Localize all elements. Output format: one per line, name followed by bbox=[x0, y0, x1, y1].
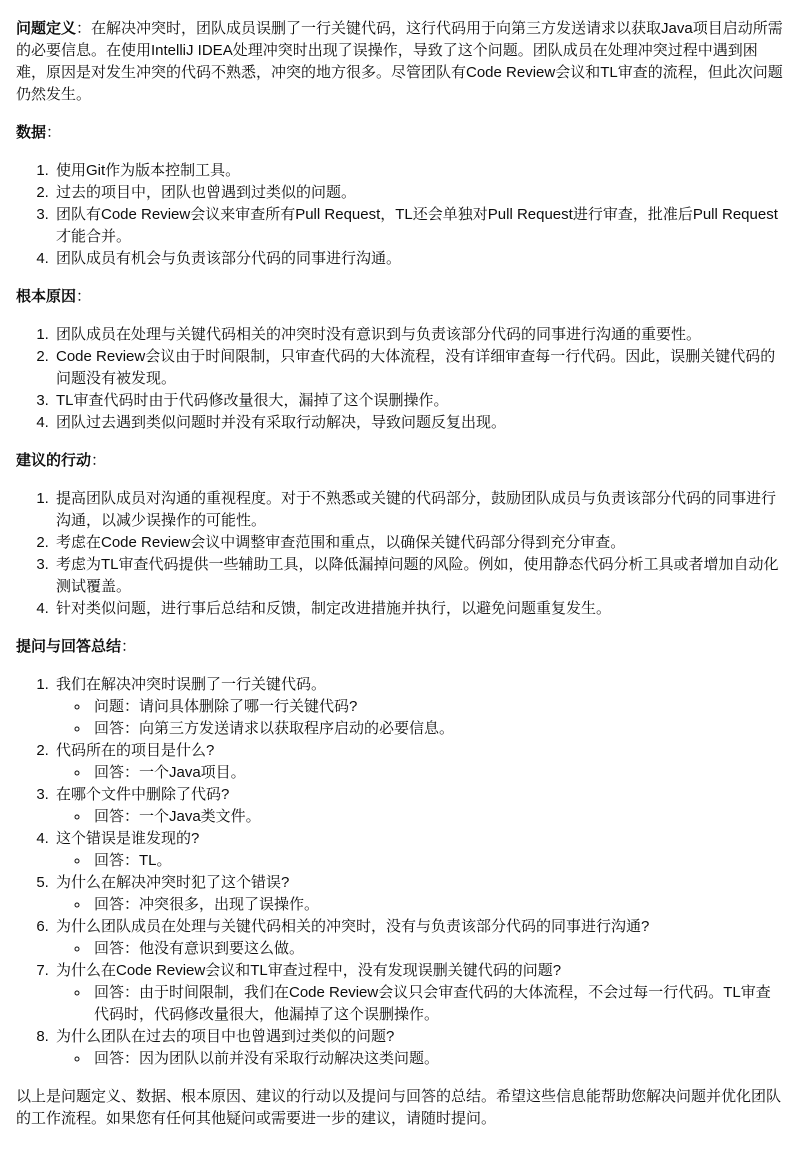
qa-sub-list: 回答：由于时间限制，我们在Code Review会议只会审查代码的大体流程，不会… bbox=[56, 982, 784, 1026]
section-heading-suggested-actions: 建议的行动： bbox=[16, 450, 784, 472]
qa-sub-item: 回答：一个Java项目。 bbox=[90, 762, 784, 784]
section-heading-data-label: 数据 bbox=[16, 124, 46, 141]
section-heading-data: 数据： bbox=[16, 122, 784, 144]
closing-paragraph: 以上是问题定义、数据、根本原因、建议的行动以及提问与回答的总结。希望这些信息能帮… bbox=[16, 1086, 784, 1130]
qa-item-text: 为什么团队成员在处理与关键代码相关的冲突时，没有与负责该部分代码的同事进行沟通? bbox=[56, 918, 649, 935]
section-heading-root-causes-label: 根本原因 bbox=[16, 288, 76, 305]
section-heading-data-colon: ： bbox=[46, 124, 61, 141]
section-heading-qa-summary: 提问与回答总结： bbox=[16, 636, 784, 658]
list-item: TL审查代码时由于代码修改量很大，漏掉了这个误删操作。 bbox=[53, 390, 784, 412]
list-item: 提高团队成员对沟通的重视程度。对于不熟悉或关键的代码部分，鼓励团队成员与负责该部… bbox=[53, 488, 784, 532]
qa-sub-list: 问题：请问具体删除了哪一行关键代码?回答：向第三方发送请求以获取程序启动的必要信… bbox=[56, 696, 784, 740]
section-heading-qa-summary-colon: ： bbox=[121, 638, 136, 655]
list-item: 团队有Code Review会议来审查所有Pull Request，TL还会单独… bbox=[53, 204, 784, 248]
section-heading-suggested-actions-label: 建议的行动 bbox=[16, 452, 91, 469]
problem-definition-text: ：在解决冲突时，团队成员误删了一行关键代码，这行代码用于向第三方发送请求以获取J… bbox=[16, 20, 783, 103]
list-item: 我们在解决冲突时误删了一行关键代码。问题：请问具体删除了哪一行关键代码?回答：向… bbox=[53, 674, 784, 740]
problem-definition-label: 问题定义 bbox=[16, 20, 76, 37]
list-item: 为什么团队在过去的项目中也曾遇到过类似的问题?回答：因为团队以前并没有采取行动解… bbox=[53, 1026, 784, 1070]
list-item: 在哪个文件中删除了代码?回答：一个Java类文件。 bbox=[53, 784, 784, 828]
qa-sub-item: 回答：因为团队以前并没有采取行动解决这类问题。 bbox=[90, 1048, 784, 1070]
qa-sub-list: 回答：一个Java类文件。 bbox=[56, 806, 784, 828]
list-item: 团队成员在处理与关键代码相关的冲突时没有意识到与负责该部分代码的同事进行沟通的重… bbox=[53, 324, 784, 346]
list-item: 为什么团队成员在处理与关键代码相关的冲突时，没有与负责该部分代码的同事进行沟通?… bbox=[53, 916, 784, 960]
document-body: 问题定义：在解决冲突时，团队成员误删了一行关键代码，这行代码用于向第三方发送请求… bbox=[0, 0, 800, 1166]
section-heading-qa-summary-label: 提问与回答总结 bbox=[16, 638, 121, 655]
qa-item-text: 为什么在解决冲突时犯了这个错误? bbox=[56, 874, 289, 891]
qa-sub-item: 回答：他没有意识到要这么做。 bbox=[90, 938, 784, 960]
qa-sub-item: 回答：冲突很多，出现了误操作。 bbox=[90, 894, 784, 916]
problem-definition-paragraph: 问题定义：在解决冲突时，团队成员误删了一行关键代码，这行代码用于向第三方发送请求… bbox=[16, 18, 784, 106]
qa-sub-item: 回答：TL。 bbox=[90, 850, 784, 872]
qa-sub-item: 问题：请问具体删除了哪一行关键代码? bbox=[90, 696, 784, 718]
qa-list: 我们在解决冲突时误删了一行关键代码。问题：请问具体删除了哪一行关键代码?回答：向… bbox=[16, 674, 784, 1070]
qa-sub-item: 回答：向第三方发送请求以获取程序启动的必要信息。 bbox=[90, 718, 784, 740]
list-item: 为什么在解决冲突时犯了这个错误?回答：冲突很多，出现了误操作。 bbox=[53, 872, 784, 916]
qa-sub-list: 回答：TL。 bbox=[56, 850, 784, 872]
list-item: 考虑为TL审查代码提供一些辅助工具，以降低漏掉问题的风险。例如，使用静态代码分析… bbox=[53, 554, 784, 598]
list-item: 团队过去遇到类似问题时并没有采取行动解决，导致问题反复出现。 bbox=[53, 412, 784, 434]
qa-item-text: 为什么在Code Review会议和TL审查过程中，没有发现误删关键代码的问题? bbox=[56, 962, 561, 979]
list-item: 考虑在Code Review会议中调整审查范围和重点，以确保关键代码部分得到充分… bbox=[53, 532, 784, 554]
qa-sub-list: 回答：冲突很多，出现了误操作。 bbox=[56, 894, 784, 916]
root-causes-list: 团队成员在处理与关键代码相关的冲突时没有意识到与负责该部分代码的同事进行沟通的重… bbox=[16, 324, 784, 434]
data-list: 使用Git作为版本控制工具。过去的项目中，团队也曾遇到过类似的问题。团队有Cod… bbox=[16, 160, 784, 270]
qa-item-text: 我们在解决冲突时误删了一行关键代码。 bbox=[56, 676, 326, 693]
list-item: 使用Git作为版本控制工具。 bbox=[53, 160, 784, 182]
qa-item-text: 为什么团队在过去的项目中也曾遇到过类似的问题? bbox=[56, 1028, 394, 1045]
qa-sub-list: 回答：他没有意识到要这么做。 bbox=[56, 938, 784, 960]
list-item: 为什么在Code Review会议和TL审查过程中，没有发现误删关键代码的问题?… bbox=[53, 960, 784, 1026]
section-heading-root-causes: 根本原因： bbox=[16, 286, 784, 308]
list-item: 这个错误是谁发现的?回答：TL。 bbox=[53, 828, 784, 872]
list-item: Code Review会议由于时间限制，只审查代码的大体流程，没有详细审查每一行… bbox=[53, 346, 784, 390]
qa-sub-list: 回答：一个Java项目。 bbox=[56, 762, 784, 784]
list-item: 过去的项目中，团队也曾遇到过类似的问题。 bbox=[53, 182, 784, 204]
qa-item-text: 在哪个文件中删除了代码? bbox=[56, 786, 229, 803]
section-heading-root-causes-colon: ： bbox=[76, 288, 91, 305]
list-item: 团队成员有机会与负责该部分代码的同事进行沟通。 bbox=[53, 248, 784, 270]
suggested-actions-list: 提高团队成员对沟通的重视程度。对于不熟悉或关键的代码部分，鼓励团队成员与负责该部… bbox=[16, 488, 784, 620]
list-item: 针对类似问题，进行事后总结和反馈，制定改进措施并执行，以避免问题重复发生。 bbox=[53, 598, 784, 620]
section-heading-suggested-actions-colon: ： bbox=[91, 452, 106, 469]
qa-item-text: 代码所在的项目是什么? bbox=[56, 742, 214, 759]
qa-sub-item: 回答：一个Java类文件。 bbox=[90, 806, 784, 828]
qa-item-text: 这个错误是谁发现的? bbox=[56, 830, 199, 847]
qa-sub-list: 回答：因为团队以前并没有采取行动解决这类问题。 bbox=[56, 1048, 784, 1070]
qa-sub-item: 回答：由于时间限制，我们在Code Review会议只会审查代码的大体流程，不会… bbox=[90, 982, 784, 1026]
list-item: 代码所在的项目是什么?回答：一个Java项目。 bbox=[53, 740, 784, 784]
